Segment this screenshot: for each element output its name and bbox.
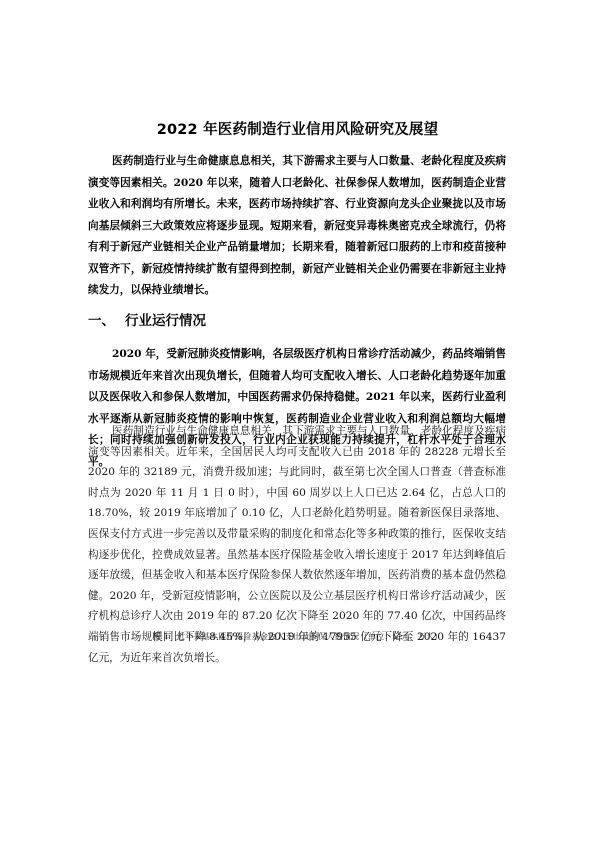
section-heading: 一、行业运行情况 xyxy=(88,309,206,329)
figure-label: 图 1 xyxy=(152,632,169,641)
section-title: 行业运行情况 xyxy=(125,313,206,329)
abstract-paragraph: 医药制造行业与生命健康息息相关，其下游需求主要与人口数量、老龄化程度及疾病演变等… xyxy=(88,151,506,302)
abstract-text: 医药制造行业与生命健康息息相关，其下游需求主要与人口数量、老龄化程度及疾病演变等… xyxy=(88,155,506,296)
section-body-text: 医药制造行业与生命健康息息相关，其下游需求主要与人口数量、老龄化程度及疾病演变等… xyxy=(88,425,506,664)
figure-caption-text: 近年来基本医疗保险基金收入支出及参保人数情况（单位：亿元、万人） xyxy=(177,632,443,641)
document-page: 2022 年医药制造行业信用风险研究及展望 医药制造行业与生命健康息息相关，其下… xyxy=(0,0,595,842)
section-number: 一、 xyxy=(88,309,125,329)
figure-caption: 图 1近年来基本医疗保险基金收入支出及参保人数情况（单位：亿元、万人） xyxy=(0,631,595,642)
document-title: 2022 年医药制造行业信用风险研究及展望 xyxy=(0,118,595,139)
